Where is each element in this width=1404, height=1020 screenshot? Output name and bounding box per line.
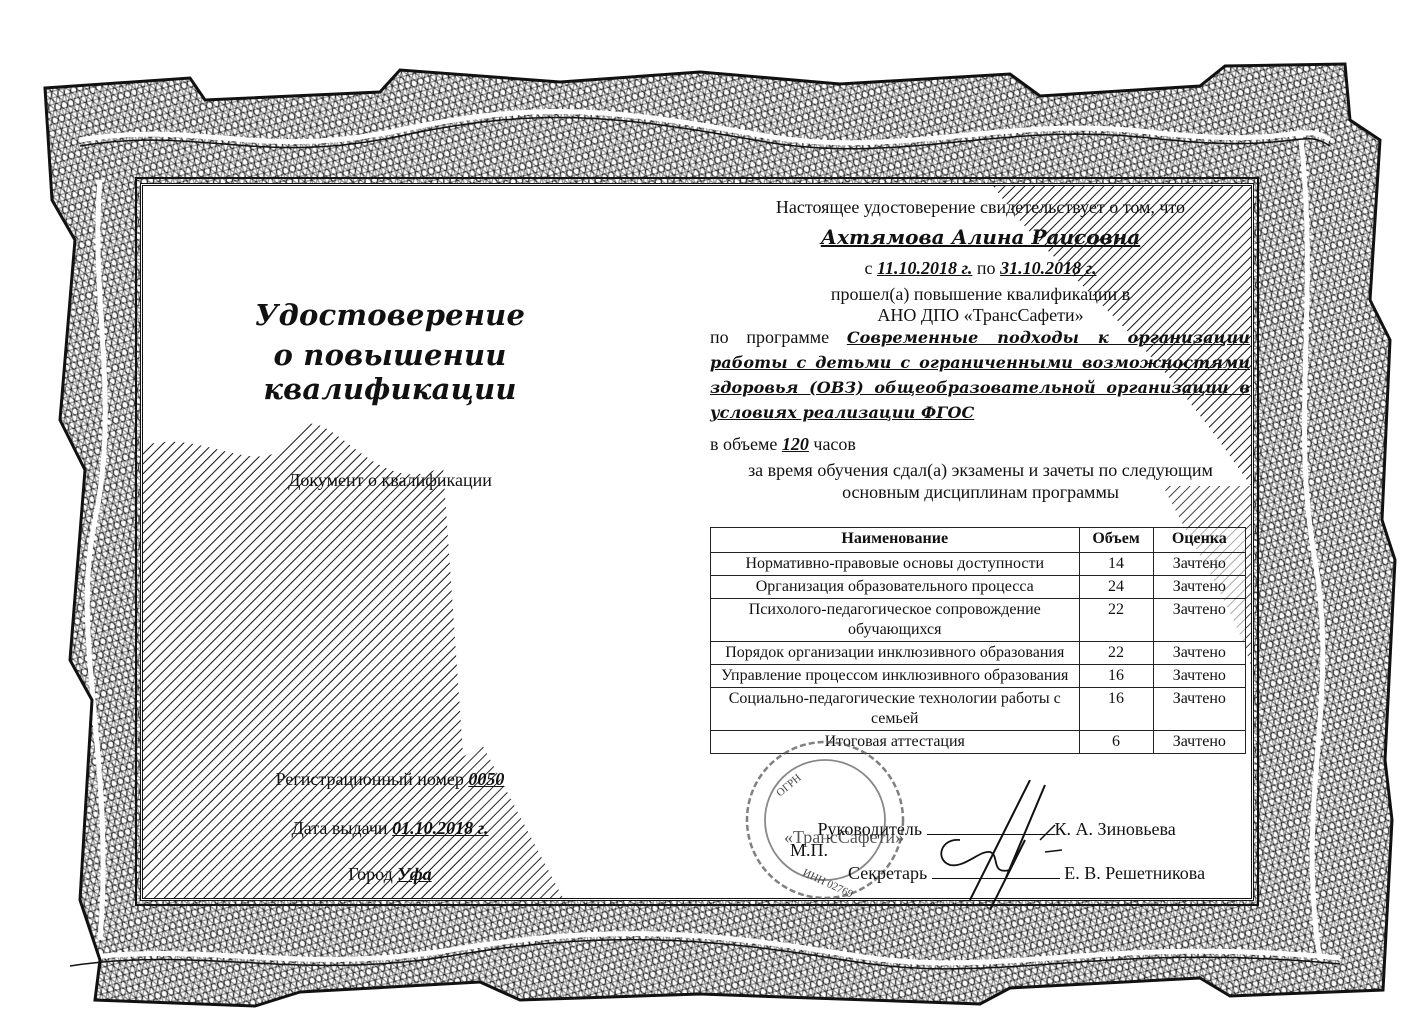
period-from-label: с [865,258,873,278]
completed-text: прошел(а) повышение квалификации в [708,284,1253,305]
discipline-name: Нормативно-правовые основы доступности [711,553,1080,576]
secretary-signature-line: Секретарь Е. В. Решетникова [848,862,1205,884]
discipline-volume: 14 [1079,553,1153,576]
discipline-grade: Зачтено [1153,642,1245,665]
discipline-grade: Зачтено [1153,688,1245,731]
seal-label: М.П. [790,840,828,861]
discipline-volume: 24 [1079,576,1153,599]
secretary-name: Е. В. Решетникова [1064,863,1205,883]
discipline-volume: 16 [1079,665,1153,688]
certificate-subtitle: о повышении квалификации [170,338,610,406]
table-row: Психолого-педагогическое сопровождение о… [711,599,1246,642]
svg-text:ОГРН: ОГРН [774,772,803,799]
column-header-grade: Оценка [1153,528,1245,553]
issue-date-label: Дата выдачи [291,818,387,838]
volume-hours: 120 [782,434,809,454]
discipline-volume: 22 [1079,599,1153,642]
discipline-name: Порядок организации инклюзивного образов… [711,642,1080,665]
document-kind: Документ о квалификации [250,470,530,491]
column-header-name: Наименование [711,528,1080,553]
period-to: 31.10.2018 г. [1000,258,1096,278]
discipline-grade: Зачтено [1153,576,1245,599]
period-to-label: по [977,258,996,278]
discipline-name: Управление процессом инклюзивного образо… [711,665,1080,688]
discipline-name: Психолого-педагогическое сопровождение о… [711,599,1080,642]
discipline-volume: 6 [1079,731,1153,754]
recipient-name: Ахтямова Алина Раисовна [821,225,1140,249]
program-label: по программе [710,327,829,347]
registration-number: 0050 [468,769,504,789]
city-value: Уфа [397,864,431,884]
table-row: Управление процессом инклюзивного образо… [711,665,1246,688]
table-row: Организация образовательного процесса24З… [711,576,1246,599]
certificate-title: Удостоверение [170,298,610,332]
disciplines-table: Наименование Объем Оценка Нормативно-пра… [710,527,1246,754]
registration-number-line: Регистрационный номер 0050 [190,769,590,790]
discipline-grade: Зачтено [1153,665,1245,688]
issue-date: 01.10.2018 г. [392,818,488,838]
discipline-volume: 16 [1079,688,1153,731]
registration-label: Регистрационный номер [276,769,464,789]
handwritten-signatures [840,780,1080,910]
secretary-signature-blank [932,862,1060,879]
head-role: Руководитель [818,819,923,839]
head-name: К. А. Зиновьева [1055,819,1176,839]
table-header-row: Наименование Объем Оценка [711,528,1246,553]
discipline-grade: Зачтено [1153,731,1245,754]
column-header-volume: Объем [1079,528,1153,553]
discipline-name: Организация образовательного процесса [711,576,1080,599]
recipient-line: Ахтямова Алина Раисовна [708,225,1253,249]
table-row: Порядок организации инклюзивного образов… [711,642,1246,665]
volume-label: в объеме [710,434,777,454]
discipline-grade: Зачтено [1153,553,1245,576]
city-line: Город Уфа [190,864,590,885]
table-row: Нормативно-правовые основы доступности14… [711,553,1246,576]
period-line: с 11.10.2018 г. по 31.10.2018 г. [708,258,1253,279]
discipline-grade: Зачтено [1153,599,1245,642]
discipline-volume: 22 [1079,642,1153,665]
program-block: по программе Современные подходы к орган… [710,325,1250,425]
head-signature-line: Руководитель К. А. Зиновьева [765,818,1176,840]
issue-date-line: Дата выдачи 01.10.2018 г. [190,818,590,839]
exams-text-line2: основным дисциплинам программы [708,482,1253,503]
volume-unit: часов [813,434,856,454]
city-label: Город [348,864,392,884]
organization-name: АНО ДПО «ТрансСафети» [708,305,1253,326]
period-from: 11.10.2018 г. [877,258,972,278]
exams-text-line1: за время обучения сдал(а) экзамены и зач… [708,460,1253,481]
intro-text: Настоящее удостоверение свидетельствует … [708,197,1253,218]
head-signature-blank [927,818,1055,835]
volume-line: в объеме 120 часов [710,434,856,455]
secretary-role: Секретарь [848,863,927,883]
